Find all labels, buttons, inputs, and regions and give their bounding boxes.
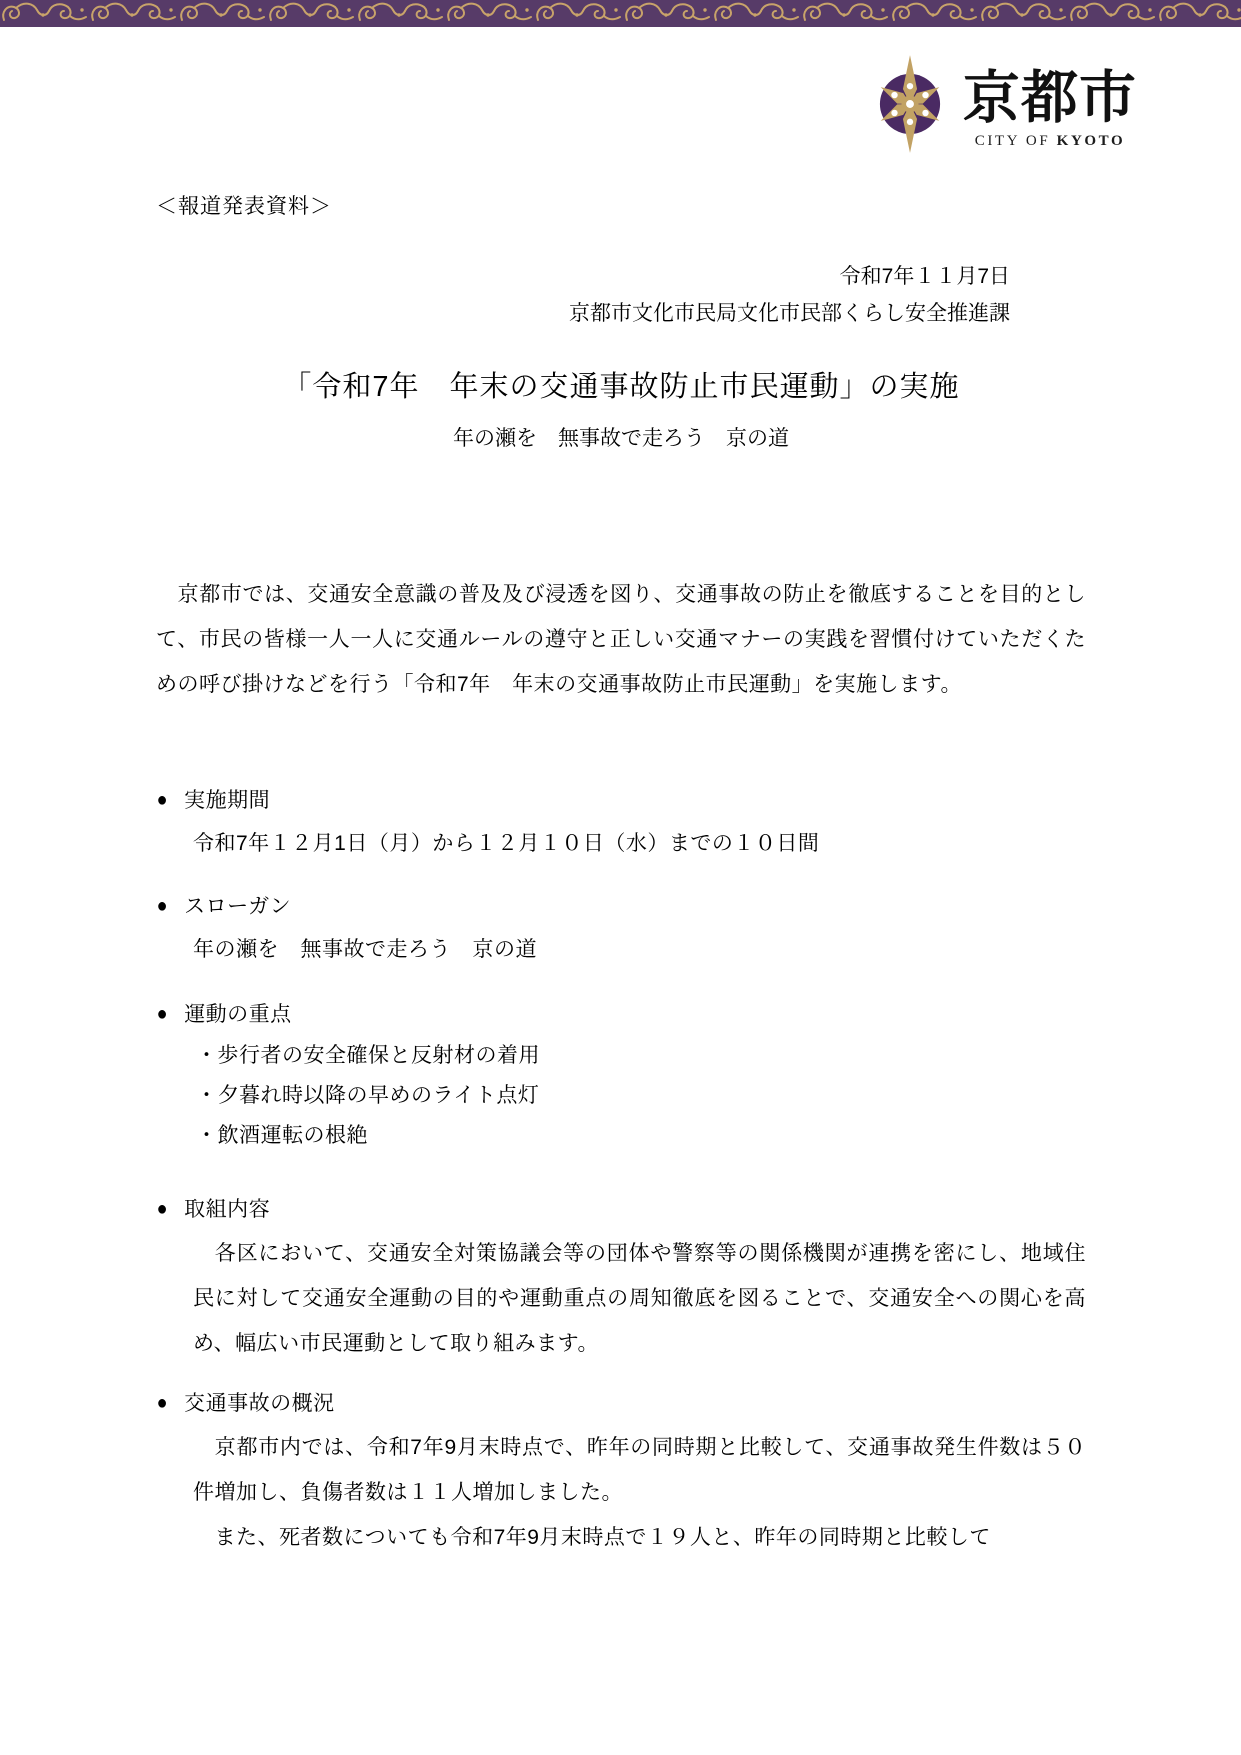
sections: ●実施期間令和7年１２月1日（月）から１２月１０日（水）までの１０日間●スローガ… [156, 779, 1086, 1560]
section-paragraph: また、死者数についても令和7年9月末時点で１９人と、昨年の同時期と比較して [156, 1515, 1086, 1560]
logo-city-name: 京都市 [963, 67, 1137, 130]
document-title: 「令和7年 年末の交通事故防止市民運動」の実施 [156, 366, 1086, 408]
section-heading: 取組内容 [184, 1188, 270, 1231]
section: ●スローガン年の瀬を 無事故で走ろう 京の道 [156, 885, 1086, 971]
issuing-department: 京都市文化市民局文化市民部くらし安全推進課 [569, 295, 1010, 332]
section-heading: 運動の重点 [184, 993, 292, 1036]
section-heading: スローガン [184, 885, 291, 928]
bullet-icon: ● [157, 993, 168, 1036]
section-item: ・飲酒運転の根絶 [156, 1116, 1086, 1156]
intro-paragraph: 京都市では、交通安全意識の普及及び浸透を図り、交通事故の防止を徹底することを目的… [156, 572, 1086, 707]
section: ●運動の重点・歩行者の安全確保と反射材の着用・夕暮れ時以降の早めのライト点灯・飲… [156, 993, 1086, 1156]
bullet-icon: ● [157, 779, 168, 822]
section-paragraph: 各区において、交通安全対策協議会等の団体や警察等の関係機関が連携を密にし、地域住… [156, 1231, 1086, 1366]
logo-city-name-en: CITY OF KYOTO [963, 133, 1137, 150]
kyoto-city-logo: 京都市 CITY OF KYOTO [863, 53, 1137, 155]
ornamental-border [0, 0, 1241, 27]
bullet-icon: ● [157, 1188, 168, 1231]
document-subtitle: 年の瀬を 無事故で走ろう 京の道 [156, 424, 1086, 454]
press-release-page: { "colors": { "border_purple": "#573b68"… [0, 0, 1241, 1755]
document-body: 「令和7年 年末の交通事故防止市民運動」の実施 年の瀬を 無事故で走ろう 京の道… [156, 366, 1086, 1560]
issuer-block: 令和7年１１月7日 京都市文化市民局文化市民部くらし安全推進課 [569, 258, 1010, 332]
section-heading: 実施期間 [184, 779, 270, 822]
section-paragraph: 京都市内では、令和7年9月末時点で、昨年の同時期と比較して、交通事故発生件数は５… [156, 1425, 1086, 1515]
issue-date: 令和7年１１月7日 [569, 258, 1010, 295]
bullet-icon: ● [157, 885, 168, 928]
section: ●取組内容 各区において、交通安全対策協議会等の団体や警察等の関係機関が連携を密… [156, 1188, 1086, 1366]
section-item: ・歩行者の安全確保と反射材の着用 [156, 1036, 1086, 1076]
section-line: 令和7年１２月1日（月）から１２月１０日（水）までの１０日間 [156, 822, 1086, 865]
section: ●交通事故の概況 京都市内では、令和7年9月末時点で、昨年の同時期と比較して、交… [156, 1382, 1086, 1560]
kyoto-city-emblem-icon [863, 53, 957, 155]
section: ●実施期間令和7年１２月1日（月）から１２月１０日（水）までの１０日間 [156, 779, 1086, 865]
doc-type-label: ＜報道発表資料＞ [156, 190, 332, 220]
section-item: ・夕暮れ時以降の早めのライト点灯 [156, 1076, 1086, 1116]
section-line: 年の瀬を 無事故で走ろう 京の道 [156, 928, 1086, 971]
section-heading: 交通事故の概況 [184, 1382, 335, 1425]
bullet-icon: ● [157, 1382, 168, 1425]
